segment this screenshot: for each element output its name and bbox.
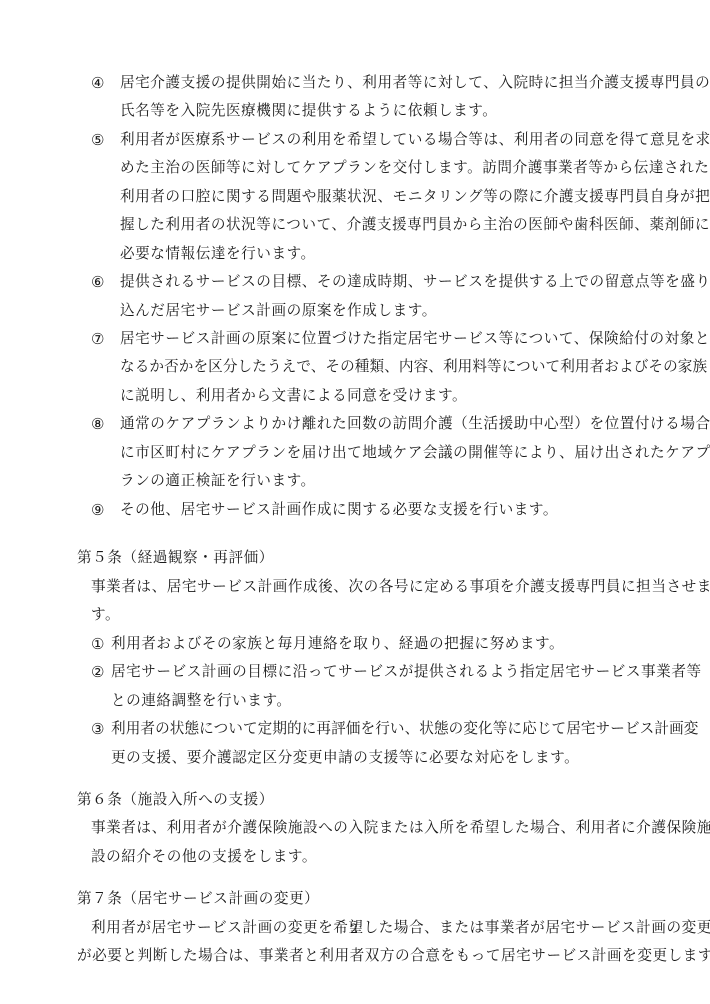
- article-body-line: 設の紹介その他の支援をします。: [91, 847, 317, 867]
- list-item-line: 利用者が医療系サービスの利用を希望している場合等は、利用者の同意を得て意見を求: [120, 130, 710, 150]
- article-heading: 第５条（経過観察・再評価）: [77, 548, 274, 568]
- document-page: ④ 居宅介護支援の提供開始に当たり、利用者等に対して、入院時に担当介護支援専門員…: [0, 0, 710, 1004]
- list-item-line: 居宅介護支援の提供開始に当たり、利用者等に対して、入院時に担当介護支援専門員の: [120, 73, 710, 93]
- list-item-line: 利用者の口腔に関する問題や服薬状況、モニタリング等の際に介護支援専門員自身が把: [120, 187, 710, 207]
- list-marker: ①: [91, 634, 104, 654]
- list-item-line: その他、居宅サービス計画作成に関する必要な支援を行います。: [120, 500, 558, 520]
- list-marker: ⑨: [91, 500, 104, 520]
- list-marker: ⑧: [91, 414, 104, 434]
- list-item-line: 必要な情報伝達を行います。: [120, 244, 316, 264]
- list-item-line: 握した利用者の状況等について、介護支援専門員から主治の医師や歯科医師、薬剤師に: [120, 215, 710, 235]
- list-item-line: なるか否かを区分したうえで、その種類、内容、利用料等について利用者およびその家族: [120, 357, 707, 377]
- list-item-line: 居宅サービス計画の目標に沿ってサービスが提供されるよう指定居宅サービス事業者等: [111, 662, 702, 682]
- list-item-line: 更の支援、要介護認定区分変更申請の支援等に必要な対応をします。: [111, 748, 579, 768]
- list-item-line: 提供されるサービスの目標、その達成時期、サービスを提供する上での留意点等を盛り: [120, 272, 710, 292]
- list-item-line: 利用者およびその家族と毎月連絡を取り、経過の把握に努めます。: [111, 634, 564, 654]
- list-marker: ⑦: [91, 329, 104, 349]
- list-item-line: 通常のケアプランよりかけ離れた回数の訪問介護（生活援助中心型）を位置付ける場合: [120, 414, 710, 434]
- list-item-line: との連絡調整を行います。: [111, 691, 292, 711]
- article-body-line: が必要と判断した場合は、事業者と利用者双方の合意をもって居宅サービス計画を変更し…: [77, 946, 710, 966]
- list-item-line: 利用者の状態について定期的に再評価を行い、状態の変化等に応じて居宅サービス計画変: [111, 719, 698, 739]
- article-body-line: 事業者は、利用者が介護保険施設への入院または入所を希望した場合、利用者に介護保険…: [91, 818, 710, 838]
- list-item-line: めた主治の医師等に対してケアプランを交付します。訪問介護事業者等から伝達された: [120, 158, 709, 178]
- list-item-line: 氏名等を入院先医療機関に提供するように依頼します。: [120, 101, 497, 121]
- article-heading: 第６条（施設入所への支援）: [77, 790, 274, 810]
- article-body-line: 利用者が居宅サービス計画の変更を希望した場合、または事業者が居宅サービス計画の変…: [91, 918, 710, 938]
- article-body-line: す。: [91, 605, 120, 625]
- list-item-line: に説明し、利用者から文書による同意を受けます。: [120, 386, 467, 406]
- list-marker: ⑥: [91, 272, 104, 292]
- list-item-line: ランの適正検証を行います。: [120, 471, 316, 491]
- list-marker: ②: [91, 662, 104, 682]
- list-item-line: 居宅サービス計画の原案に位置づけた指定居宅サービス等について、保険給付の対象と: [120, 329, 710, 349]
- list-marker: ③: [91, 719, 104, 739]
- list-marker: ④: [91, 73, 104, 93]
- list-item-line: 込んだ居宅サービス計画の原案を作成します。: [120, 301, 437, 321]
- list-item-line: に市区町村にケアプランを届け出て地域ケア会議の開催等により、届け出されたケアプ: [120, 443, 710, 463]
- article-body-line: 事業者は、居宅サービス計画作成後、次の各号に定める事項を介護支援専門員に担当させ…: [91, 577, 710, 597]
- article-heading: 第７条（居宅サービス計画の変更）: [77, 889, 319, 909]
- list-marker: ⑤: [91, 130, 104, 150]
- page-number: 2: [350, 922, 358, 938]
